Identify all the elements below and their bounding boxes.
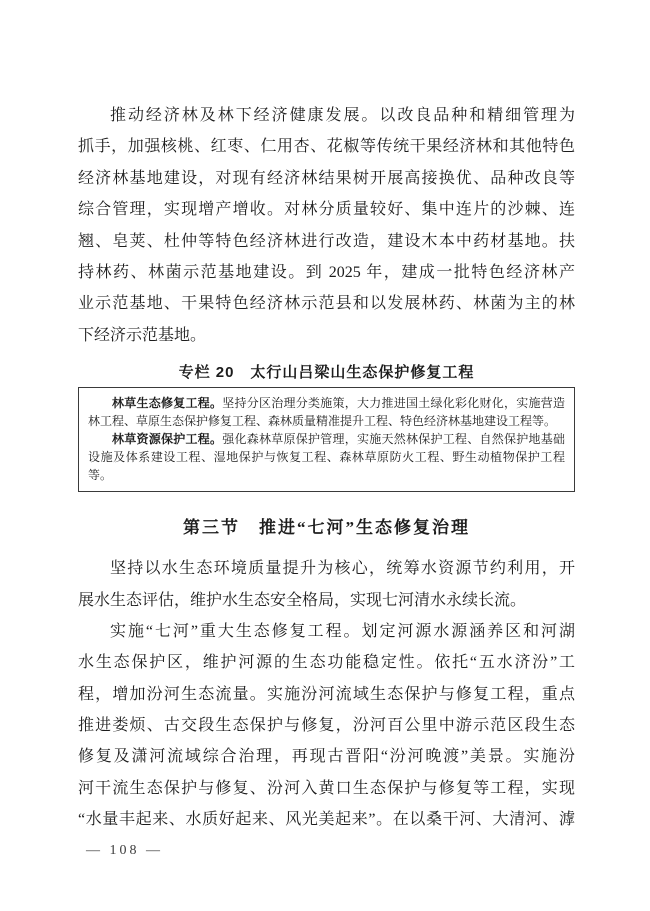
document-page: 推动经济林及林下经济健康发展。以改良品种和精细管理为 抓手，加强核桃、红枣、仁用… <box>0 0 650 911</box>
paragraph-economic-forest: 推动经济林及林下经济健康发展。以改良品种和精细管理为 抓手，加强核桃、红枣、仁用… <box>78 100 575 351</box>
panel-item-label: 林草资源保护工程。 <box>112 432 222 446</box>
text-line: 下经济示范基地。 <box>78 320 575 351</box>
text-line: 水生态保护区，维护河源的生态功能稳定性。依托“五水济汾”工 <box>78 647 575 678</box>
panel-item-label: 林草生态修复工程。 <box>112 396 222 410</box>
text-line: 修复及潇河流域综合治理，再现古晋阳“汾河晚渡”美景。实施汾 <box>78 741 575 772</box>
text-line: “水量丰起来、水质好起来、风光美起来”。在以桑干河、大清河、滹 <box>78 804 575 835</box>
text-line: 河干流生态保护与修复、汾河入黄口生态保护与修复等工程，实现 <box>78 773 575 804</box>
text-line: 综合管理，实现增产增收。对林分质量较好、集中连片的沙棘、连 <box>78 194 575 225</box>
text-line: 业示范基地、干果特色经济林示范县和以发展林药、林菌为主的林 <box>78 288 575 319</box>
text-line: 经济林基地建设，对现有经济林结果树开展高接换优、品种改良等 <box>78 163 575 194</box>
paragraph-seven-rivers: 实施“七河”重大生态修复工程。划定河源水源涵养区和河湖 水生态保护区，维护河源的… <box>78 616 575 836</box>
section-heading: 第三节 推进“七河”生态修复治理 <box>78 517 575 539</box>
panel-item-restoration: 林草生态修复工程。坚持分区治理分类施策，大力推进国土绿化彩化财化，实施营造林工程… <box>88 394 565 430</box>
text-line: 推进娄烦、古交段生态保护与修复，汾河百公里中游示范区段生态 <box>78 710 575 741</box>
text-line: 翘、皂荚、杜仲等特色经济林进行改造，建设木本中药材基地。扶 <box>78 226 575 257</box>
text-line: 持林药、林菌示范基地建设。到 2025 年，建成一批特色经济林产 <box>78 257 575 288</box>
text-line: 坚持以水生态环境质量提升为核心，统筹水资源节约利用，开 <box>78 553 575 584</box>
panel-box: 林草生态修复工程。坚持分区治理分类施策，大力推进国土绿化彩化财化，实施营造林工程… <box>78 387 575 492</box>
text-line: 推动经济林及林下经济健康发展。以改良品种和精细管理为 <box>78 100 575 131</box>
page-number: — 108 — <box>78 841 575 861</box>
panel-title: 专栏 20 太行山吕梁山生态保护修复工程 <box>78 363 575 383</box>
text-line: 展水生态评估，维护水生态安全格局，实现七河清水永续长流。 <box>78 585 575 616</box>
text-line: 实施“七河”重大生态修复工程。划定河源水源涵养区和河湖 <box>78 616 575 647</box>
paragraph-water-ecology: 坚持以水生态环境质量提升为核心，统筹水资源节约利用，开 展水生态评估，维护水生态… <box>78 553 575 616</box>
panel-item-protection: 林草资源保护工程。强化森林草原保护管理，实施天然林保护工程、自然保护地基础设施及… <box>88 430 565 484</box>
text-line: 抓手，加强核桃、红枣、仁用杏、花椒等传统干果经济林和其他特色 <box>78 131 575 162</box>
text-line: 程，增加汾河生态流量。实施汾河流域生态保护与修复工程，重点 <box>78 679 575 710</box>
